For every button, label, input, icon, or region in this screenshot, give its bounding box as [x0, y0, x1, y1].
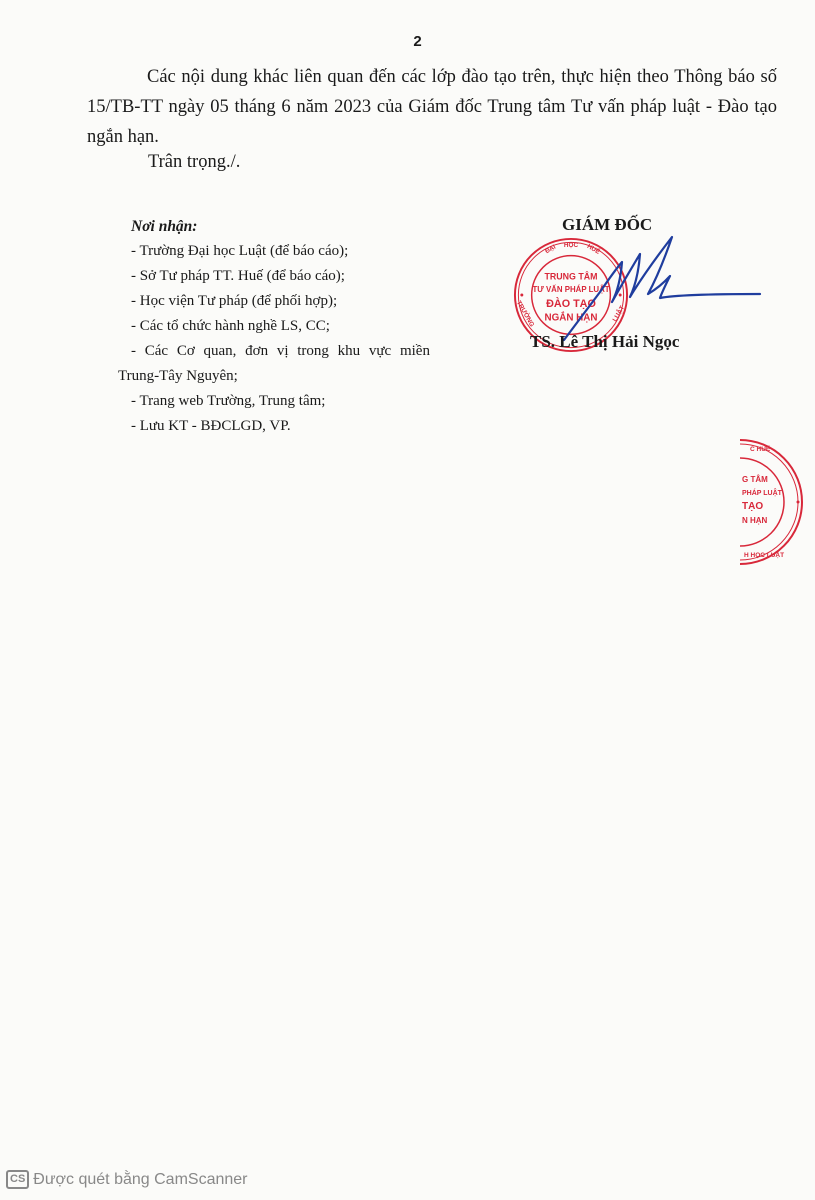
body-paragraph-text: Các nội dung khác liên quan đến các lớp … [87, 67, 777, 147]
recipient-item: - Lưu KT - BĐCLGD, VP. [131, 414, 430, 439]
recipients-block: Nơi nhận: - Trường Đại học Luật (để báo … [118, 214, 430, 439]
watermark-text: Được quét bằng CamScanner [33, 1171, 247, 1189]
signature-icon [560, 232, 765, 342]
recipient-item: - Trường Đại học Luật (để báo cáo); [131, 239, 430, 264]
edge-stamp-icon: G TÂM PHÁP LUẬT TẠO N HẠN H HỌC LUẬT C H… [740, 437, 815, 567]
recipient-item: - Trang web Trường, Trung tâm; [131, 389, 430, 414]
svg-text:TẠO: TẠO [742, 501, 763, 512]
camscanner-logo-icon: CS [6, 1170, 29, 1189]
recipient-item-continuation: Trung-Tây Nguyên; [118, 364, 430, 389]
page-number: 2 [0, 33, 815, 50]
body-paragraph: Các nội dung khác liên quan đến các lớp … [87, 62, 777, 152]
svg-text:N HẠN: N HẠN [742, 516, 768, 525]
recipients-title: Nơi nhận: [131, 214, 430, 239]
svg-text:H HỌC LUẬT: H HỌC LUẬT [744, 550, 784, 559]
recipient-item: - Học viện Tư pháp (để phối hợp); [131, 289, 430, 314]
recipient-item: - Các Cơ quan, đơn vị trong khu vực miền [118, 339, 430, 364]
recipient-item: - Các tổ chức hành nghề LS, CC; [131, 314, 430, 339]
signer-name: TS. Lê Thị Hải Ngọc [530, 332, 679, 352]
recipient-item: - Sở Tư pháp TT. Huế (để báo cáo); [131, 264, 430, 289]
svg-text:G TÂM: G TÂM [742, 475, 768, 484]
closing-text: Trân trọng./. [148, 152, 240, 173]
svg-text:PHÁP LUẬT: PHÁP LUẬT [742, 488, 783, 497]
recipient-item-line: - Các Cơ quan, đơn vị trong khu vực miền [131, 343, 430, 359]
camscanner-watermark: CS Được quét bằng CamScanner [6, 1170, 247, 1189]
